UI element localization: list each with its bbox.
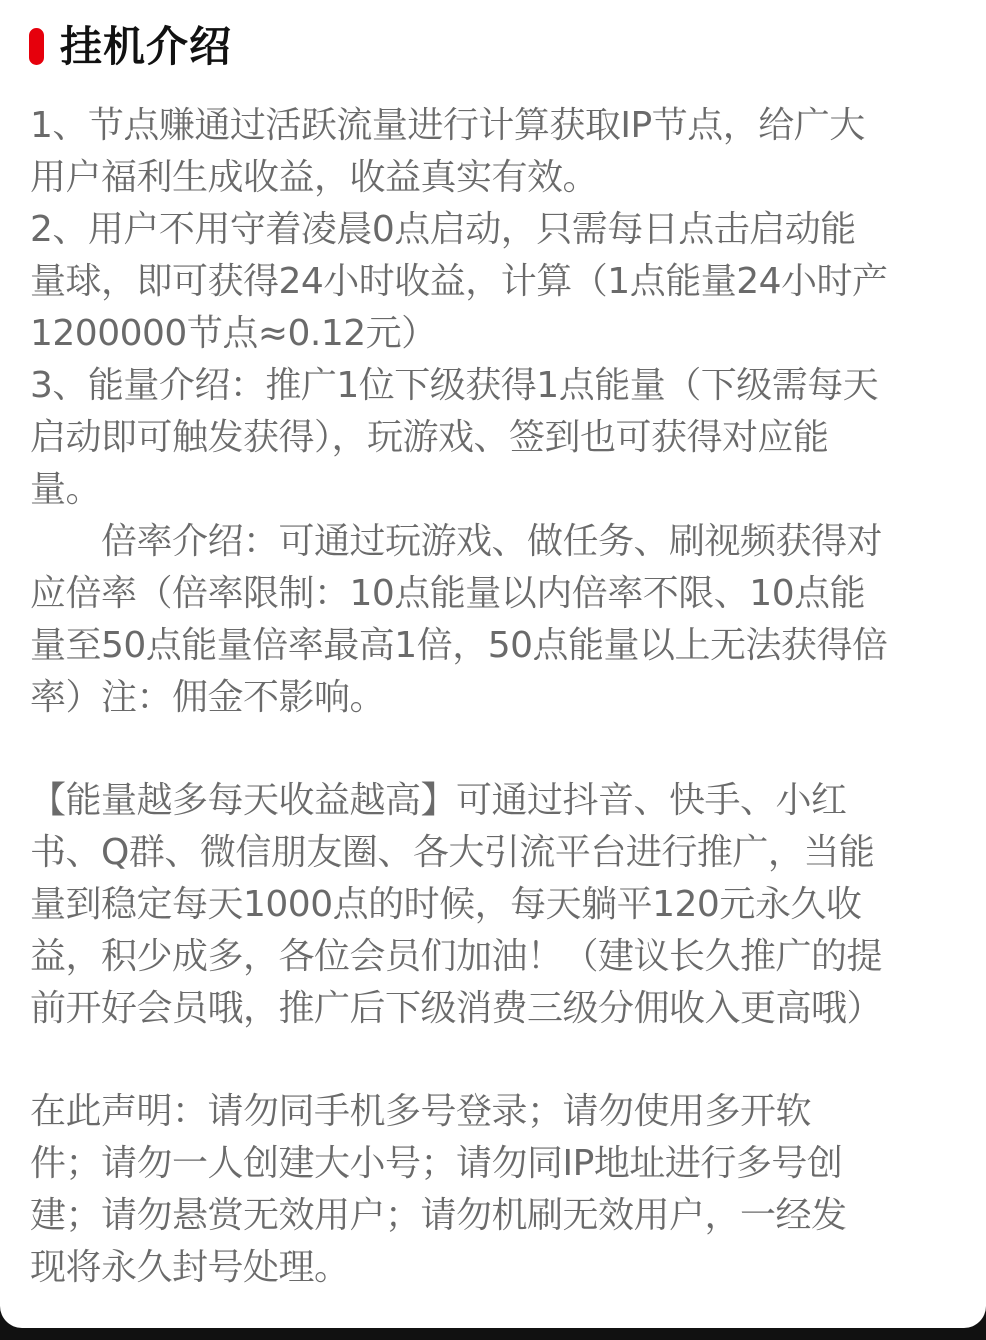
text-line: 量球，即可获得24小时收益，计算（1点能量24小时产 xyxy=(30,256,980,308)
text-line: 1200000节点≈0.12元） xyxy=(30,308,980,360)
text-line: 2、用户不用守着凌晨0点启动，只需每日点击启动能 xyxy=(30,204,980,256)
section-title: 挂机介绍 xyxy=(60,20,232,74)
text-line: 率）注：佣金不影响。 xyxy=(30,672,980,724)
text-line: 启动即可触发获得），玩游戏、签到也可获得对应能 xyxy=(30,412,980,464)
intro-body: 1、节点赚通过活跃流量进行计算获取IP节点，给广大 用户福利生成收益，收益真实有… xyxy=(30,100,980,1294)
bottom-background-strip xyxy=(0,1328,986,1340)
text-line: 件；请勿一人创建大小号；请勿同IP地址进行多号创 xyxy=(30,1138,980,1190)
text-line: 量至50点能量倍率最高1倍，50点能量以上无法获得倍 xyxy=(30,620,980,672)
text-line: 应倍率（倍率限制：10点能量以内倍率不限、10点能 xyxy=(30,568,980,620)
text-line: 3、能量介绍：推广1位下级获得1点能量（下级需每天 xyxy=(30,360,980,412)
red-marker-icon xyxy=(29,28,44,65)
blank-line xyxy=(30,1035,980,1086)
text-line: 建；请勿悬赏无效用户；请勿机刷无效用户，一经发 xyxy=(30,1190,980,1242)
text-line: 书、Q群、微信朋友圈、各大引流平台进行推广，当能 xyxy=(30,827,980,879)
text-line: 【能量越多每天收益越高】可通过抖音、快手、小红 xyxy=(30,775,980,827)
text-line: 用户福利生成收益，收益真实有效。 xyxy=(30,152,980,204)
text-line: 1、节点赚通过活跃流量进行计算获取IP节点，给广大 xyxy=(30,100,980,152)
intro-card: 挂机介绍 1、节点赚通过活跃流量进行计算获取IP节点，给广大 用户福利生成收益，… xyxy=(0,0,986,1328)
text-line: 在此声明：请勿同手机多号登录；请勿使用多开软 xyxy=(30,1086,980,1138)
section-header: 挂机介绍 xyxy=(0,0,986,96)
text-line: 益，积少成多，各位会员们加油！（建议长久推广的提 xyxy=(30,931,980,983)
text-line: 倍率介绍：可通过玩游戏、做任务、刷视频获得对 xyxy=(30,516,980,568)
text-line: 量。 xyxy=(30,464,980,516)
blank-line xyxy=(30,724,980,775)
text-line: 量到稳定每天1000点的时候，每天躺平120元永久收 xyxy=(30,879,980,931)
text-line: 现将永久封号处理。 xyxy=(30,1242,980,1294)
text-line: 前开好会员哦，推广后下级消费三级分佣收入更高哦） xyxy=(30,983,980,1035)
